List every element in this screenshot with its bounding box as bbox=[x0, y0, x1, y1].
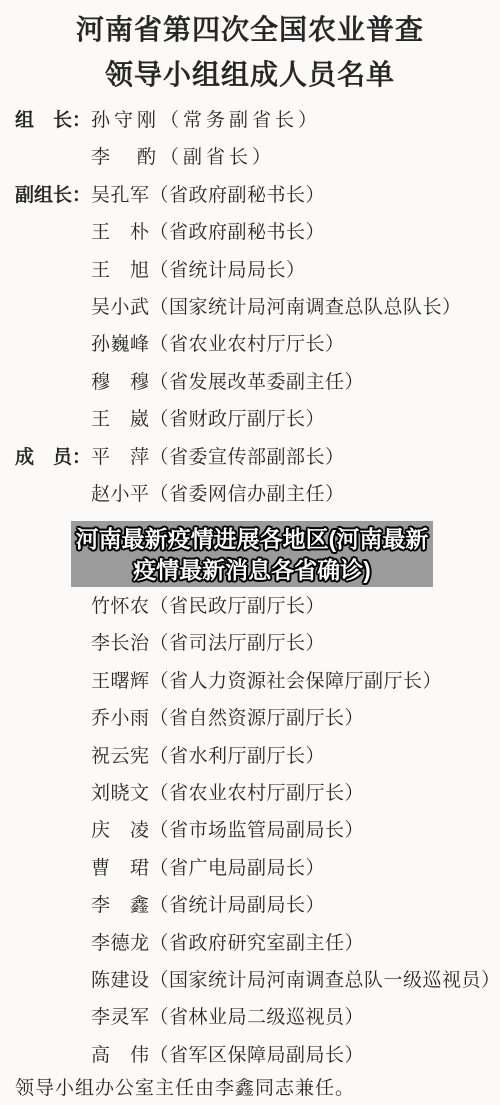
doc-title-line1: 河南省第四次全国农业普查 bbox=[0, 8, 500, 53]
row-office: （省政府研究室副主任） bbox=[150, 933, 365, 954]
row-office: （省自然资源厅副厅长） bbox=[150, 708, 365, 729]
row-name: 穆 穆 bbox=[91, 372, 150, 393]
overlay-text-line1: 河南最新疫情进展各地区(河南最新 bbox=[71, 524, 433, 555]
row-office: （国家统计局河南调查总队一级巡视员） bbox=[150, 970, 500, 991]
row-name: 乔小雨 bbox=[91, 708, 150, 729]
row-name: 高 伟 bbox=[91, 1045, 150, 1066]
doc-title-line2: 领导小组组成人员名单 bbox=[0, 53, 500, 98]
row-office: （省民政厅副厅长） bbox=[150, 596, 326, 617]
roster-row: 庆 凌（省市场监管局副局长） bbox=[0, 812, 500, 849]
roster-row: 王曙辉（省人力资源社会保障厅副厅长） bbox=[0, 663, 500, 700]
row-office: （省广电局副局长） bbox=[150, 858, 326, 879]
row-office: （省司法厅副厅长） bbox=[150, 633, 326, 654]
roster-row: 刘晓文（省农业农村厅副厅长） bbox=[0, 775, 500, 812]
row-office: （省财政厅副厅长） bbox=[150, 409, 326, 430]
doc-title: 河南省第四次全国农业普查 领导小组组成人员名单 bbox=[0, 0, 500, 98]
roster-row: 曹 珺（省广电局副局长） bbox=[0, 850, 500, 887]
roster-row: 李德龙（省政府研究室副主任） bbox=[0, 925, 500, 962]
roster-row: 副组长：吴孔军（省政府副秘书长） bbox=[0, 177, 500, 214]
row-name: 王曙辉 bbox=[91, 671, 150, 692]
row-office: （省人力资源社会保障厅副厅长） bbox=[150, 671, 443, 692]
row-name: 王 崴 bbox=[91, 409, 150, 430]
row-office: （省市场监管局副局长） bbox=[150, 820, 365, 841]
roster-row: 李 鑫（省统计局副局长） bbox=[0, 887, 500, 924]
row-name: 王 旭 bbox=[91, 260, 150, 281]
roster-row: 孙巍峰（省农业农村厅厅长） bbox=[0, 326, 500, 363]
roster-row: 王 崴（省财政厅副厅长） bbox=[0, 401, 500, 438]
row-office: （省政府副秘书长） bbox=[150, 222, 326, 243]
row-name: 李长治 bbox=[91, 633, 150, 654]
row-office: （副省长） bbox=[160, 147, 275, 168]
row-name: 庆 凌 bbox=[91, 820, 150, 841]
row-name: 赵小平 bbox=[91, 484, 150, 505]
row-name: 吴孔军 bbox=[91, 185, 150, 206]
row-office: （省统计局副局长） bbox=[150, 895, 326, 916]
row-name: 王 朴 bbox=[91, 222, 150, 243]
roster-row: 李 酌（副省长） bbox=[0, 139, 500, 176]
row-office: （国家统计局河南调查总队总队长） bbox=[150, 297, 462, 318]
roster-row: 乔小雨（省自然资源厅副厅长） bbox=[0, 700, 500, 737]
roster-row: 赵小平（省委网信办副主任） bbox=[0, 476, 500, 513]
overlay-text-line2: 疫情最新消息各省确诊) bbox=[71, 555, 433, 586]
row-office: （省水利厅副厅长） bbox=[150, 746, 326, 767]
roster-row: 穆 穆（省发展改革委副主任） bbox=[0, 364, 500, 401]
row-name: 刘晓文 bbox=[91, 783, 150, 804]
roster-row: 祝云宪（省水利厅副厅长） bbox=[0, 738, 500, 775]
row-office: （常务副省长） bbox=[160, 110, 321, 131]
row-name: 曹 珺 bbox=[91, 858, 150, 879]
row-name: 吴小武 bbox=[91, 297, 150, 318]
roster-row: 竹怀农（省民政厅副厅长） bbox=[0, 588, 500, 625]
document-page: 河南省第四次全国农业普查 领导小组组成人员名单 组 长：孙守刚（常务副省长） 李… bbox=[0, 0, 500, 1105]
row-name: 竹怀农 bbox=[91, 596, 150, 617]
row-label: 副组长： bbox=[15, 177, 91, 214]
row-name: 孙守刚 bbox=[91, 110, 160, 131]
row-name: 平 萍 bbox=[91, 447, 150, 468]
row-office: （省统计局局长） bbox=[150, 260, 306, 281]
roster-row: 李灵军（省林业局二级巡视员） bbox=[0, 999, 500, 1036]
roster-row: 王 旭（省统计局局长） bbox=[0, 252, 500, 289]
row-name: 李 鑫 bbox=[91, 895, 150, 916]
roster-row: 组 长：孙守刚（常务副省长） bbox=[0, 102, 500, 139]
row-name: 李德龙 bbox=[91, 933, 150, 954]
row-name: 李灵军 bbox=[91, 1007, 150, 1028]
roster-row: 陈建设（国家统计局河南调查总队一级巡视员） bbox=[0, 962, 500, 999]
row-office: （省农业农村厅厅长） bbox=[150, 334, 345, 355]
row-office: （省政府副秘书长） bbox=[150, 185, 326, 206]
roster-row: 高 伟（省军区保障局副局长） bbox=[0, 1037, 500, 1074]
row-name: 孙巍峰 bbox=[91, 334, 150, 355]
row-office: （省委宣传部副部长） bbox=[150, 447, 345, 468]
row-name: 祝云宪 bbox=[91, 746, 150, 767]
roster-row: 李长治（省司法厅副厅长） bbox=[0, 625, 500, 662]
watermark-overlay: 河南最新疫情进展各地区(河南最新 疫情最新消息各省确诊) bbox=[71, 521, 433, 587]
row-office: （省军区保障局副局长） bbox=[150, 1045, 365, 1066]
row-office: （省农业农村厅副厅长） bbox=[150, 783, 365, 804]
roster: 组 长：孙守刚（常务副省长） 李 酌（副省长） 副组长：吴孔军（省政府副秘书长）… bbox=[0, 102, 500, 1074]
row-label: 成 员： bbox=[15, 439, 91, 476]
roster-row: 成 员：平 萍（省委宣传部副部长） bbox=[0, 439, 500, 476]
row-office: （省发展改革委副主任） bbox=[150, 372, 365, 393]
footer-note: 领导小组办公室主任由李鑫同志兼任。 bbox=[0, 1074, 500, 1104]
row-name: 李 酌 bbox=[91, 147, 160, 168]
row-office: （省委网信办副主任） bbox=[150, 484, 345, 505]
roster-row: 王 朴（省政府副秘书长） bbox=[0, 214, 500, 251]
roster-row: 吴小武（国家统计局河南调查总队总队长） bbox=[0, 289, 500, 326]
row-label: 组 长： bbox=[15, 102, 91, 139]
row-name: 陈建设 bbox=[91, 970, 150, 991]
row-office: （省林业局二级巡视员） bbox=[150, 1007, 365, 1028]
